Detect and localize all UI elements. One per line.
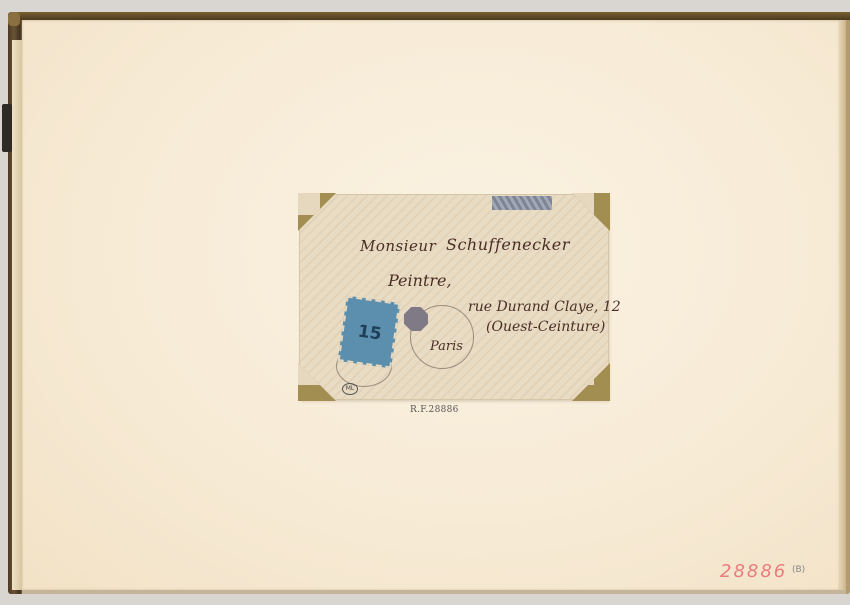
address-salutation: Monsieur bbox=[360, 237, 436, 255]
album-photo: Monsieur Schuffenecker Peintre, rue Dura… bbox=[0, 0, 850, 605]
photo-corner-bottom-left bbox=[298, 363, 336, 401]
address-profession: Peintre, bbox=[388, 271, 452, 290]
envelope: Monsieur Schuffenecker Peintre, rue Dura… bbox=[300, 195, 608, 399]
photo-corner-top-left bbox=[298, 193, 336, 231]
photo-corner-top-right bbox=[572, 193, 610, 231]
collection-stamp-icon: ML bbox=[342, 383, 358, 395]
address-district: (Ouest-Ceinture) bbox=[486, 319, 605, 335]
pencil-mark: (B) bbox=[792, 565, 805, 575]
album-cover-top-edge bbox=[12, 12, 850, 20]
page-bottom-edge bbox=[22, 590, 846, 594]
page-stack-edge bbox=[840, 20, 846, 592]
photo-corner-bottom-right bbox=[572, 363, 610, 401]
address-name: Schuffenecker bbox=[446, 235, 570, 254]
binding-clasp-top bbox=[8, 12, 20, 26]
binding-clasp bbox=[2, 104, 12, 152]
stamp-value: 15 bbox=[357, 322, 383, 345]
page-gutter-edge bbox=[12, 40, 22, 590]
inventory-number: 28886 bbox=[720, 561, 787, 582]
postage-stamp: 15 bbox=[338, 296, 401, 369]
wax-seal-icon bbox=[404, 307, 428, 331]
catalog-reference: R.F.28886 bbox=[410, 405, 459, 415]
blue-tape-strip bbox=[492, 196, 552, 210]
address-street: rue Durand Claye, 12 bbox=[468, 299, 621, 315]
